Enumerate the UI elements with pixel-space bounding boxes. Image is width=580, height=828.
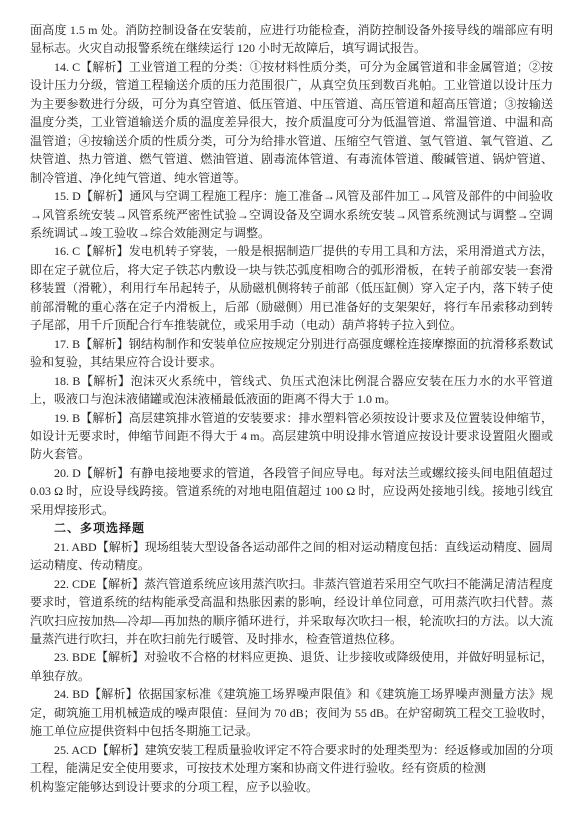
answer-21: 21. ABD【解析】现场组装大型设备各运动部件之间的相对运动精度包括：直线运动…: [30, 538, 553, 575]
document-content: 面高度 1.5 m 处。消防控制设备在安装前，应进行功能检查，消防控制设备外接导…: [30, 21, 553, 796]
answer-16: 16. C【解析】发电机转子穿装，一般是根据制造厂提供的专用工具和方法，采用滑道…: [30, 242, 553, 334]
answer-25: 25. ACD【解析】建筑安装工程质量验收评定不符合要求时的处理类型为：经返修或…: [30, 741, 553, 778]
answer-15: 15. D【解析】通风与空调工程施工程序：施工准备→风管及部件加工→风管及部件的…: [30, 187, 553, 242]
answer-14: 14. C【解析】工业管道工程的分类：①按材料性质分类，可分为金属管道和非金属管…: [30, 58, 553, 187]
section-heading-multiple-choice: 二、多项选择题: [30, 519, 553, 537]
answer-17: 17. B【解析】钢结构制作和安装单位应按规定分别进行高强度螺栓连接摩擦面的抗滑…: [30, 335, 553, 372]
document-page: 面高度 1.5 m 处。消防控制设备在安装前，应进行功能检查，消防控制设备外接导…: [0, 0, 580, 828]
answer-24: 24. BD【解析】依据国家标准《建筑施工场界噪声限值》和《建筑施工场界噪声测量…: [30, 685, 553, 740]
answer-22: 22. CDE【解析】蒸汽管道系统应该用蒸汽吹扫。非蒸汽管道若采用空气吹扫不能满…: [30, 575, 553, 649]
answer-13-continuation: 面高度 1.5 m 处。消防控制设备在安装前，应进行功能检查，消防控制设备外接导…: [30, 21, 553, 58]
answer-25-continuation-clipped: 机构鉴定能够达到设计要求的分项工程，应予以验收。: [30, 778, 553, 796]
answer-23: 23. BDE【解析】对验收不合格的材料应更换、退货、让步接收或降级使用，并做好…: [30, 648, 553, 685]
answer-20: 20. D【解析】有静电接地要求的管道，各段管子间应导电。每对法兰或螺纹接头间电…: [30, 464, 553, 519]
answer-18: 18. B【解析】泡沫灭火系统中，管线式、负压式泡沫比例混合器应安装在压力水的水…: [30, 372, 553, 409]
answer-19: 19. B【解析】高层建筑排水管道的安装要求：排水塑料管必须按设计要求及位置装设…: [30, 409, 553, 464]
